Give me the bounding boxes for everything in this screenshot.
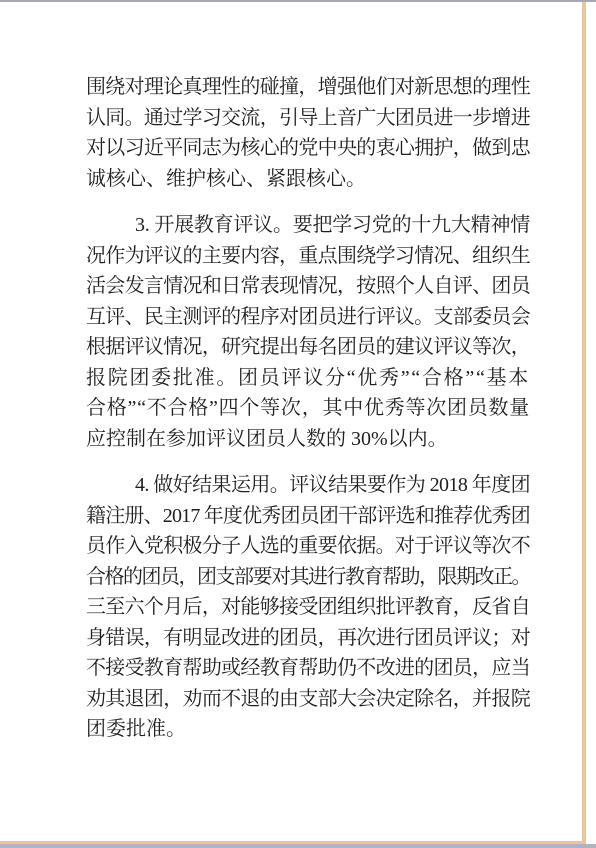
text-line: 3. 开展教育评议。要把学习党的十九大精神情 <box>86 210 530 241</box>
page-top-edge <box>0 0 596 2</box>
text-line: 况作为评议的主要内容，重点围绕学习情况、组织生 <box>86 241 530 272</box>
paragraph: 4. 做好结果运用。评议结果要作为 2018 年度团籍注册、2017 年度优秀团… <box>86 470 530 745</box>
text-line: 三至六个月后，对能够接受团组织批评教育，反省自 <box>86 592 530 623</box>
text-line: 对以习近平同志为核心的党中央的衷心拥护，做到忠 <box>86 133 530 164</box>
paragraph: 3. 开展教育评议。要把学习党的十九大精神情况作为评议的主要内容，重点围绕学习情… <box>86 210 530 454</box>
text-line: 不接受教育帮助或经教育帮助仍不改进的团员，应当 <box>86 653 530 684</box>
text-line: 围绕对理论真理性的碰撞，增强他们对新思想的理性 <box>86 72 530 103</box>
page-right-shadow <box>582 2 586 844</box>
text-line: 合格的团员，团支部要对其进行教育帮助，限期改正。 <box>86 562 530 593</box>
page-bottom-edge <box>0 844 596 848</box>
text-line: 劝其退团，劝而不退的由支部大会决定除名，并报院 <box>86 684 530 715</box>
paragraph: 围绕对理论真理性的碰撞，增强他们对新思想的理性认同。通过学习交流，引导上音广大团… <box>86 72 530 194</box>
text-line: 互评、民主测评的程序对团员进行评议。支部委员会 <box>86 302 530 333</box>
text-line: 认同。通过学习交流，引导上音广大团员进一步增进 <box>86 103 530 134</box>
text-line: 活会发言情况和日常表现情况，按照个人自评、团员 <box>86 271 530 302</box>
text-line: 应控制在参加评议团员人数的 30%以内。 <box>86 424 530 455</box>
text-line: 诚核心、维护核心、紧跟核心。 <box>86 164 530 195</box>
text-line: 合格”“不合格”四个等次，其中优秀等次团员数量 <box>86 393 530 424</box>
text-line: 根据评议情况，研究提出每名团员的建议评议等次， <box>86 332 530 363</box>
text-line: 团委批准。 <box>86 714 530 745</box>
text-line: 身错误，有明显改进的团员，再次进行团员评议；对 <box>86 623 530 654</box>
document-page: 围绕对理论真理性的碰撞，增强他们对新思想的理性认同。通过学习交流，引导上音广大团… <box>0 0 596 848</box>
text-line: 员作入党积极分子人选的重要依据。对于评议等次不 <box>86 531 530 562</box>
document-body: 围绕对理论真理性的碰撞，增强他们对新思想的理性认同。通过学习交流，引导上音广大团… <box>86 72 530 745</box>
text-line: 4. 做好结果运用。评议结果要作为 2018 年度团 <box>86 470 530 501</box>
text-line: 报院团委批准。团员评议分“优秀”“合格”“基本 <box>86 363 530 394</box>
text-line: 籍注册、2017 年度优秀团员团干部评选和推荐优秀团 <box>86 501 530 532</box>
